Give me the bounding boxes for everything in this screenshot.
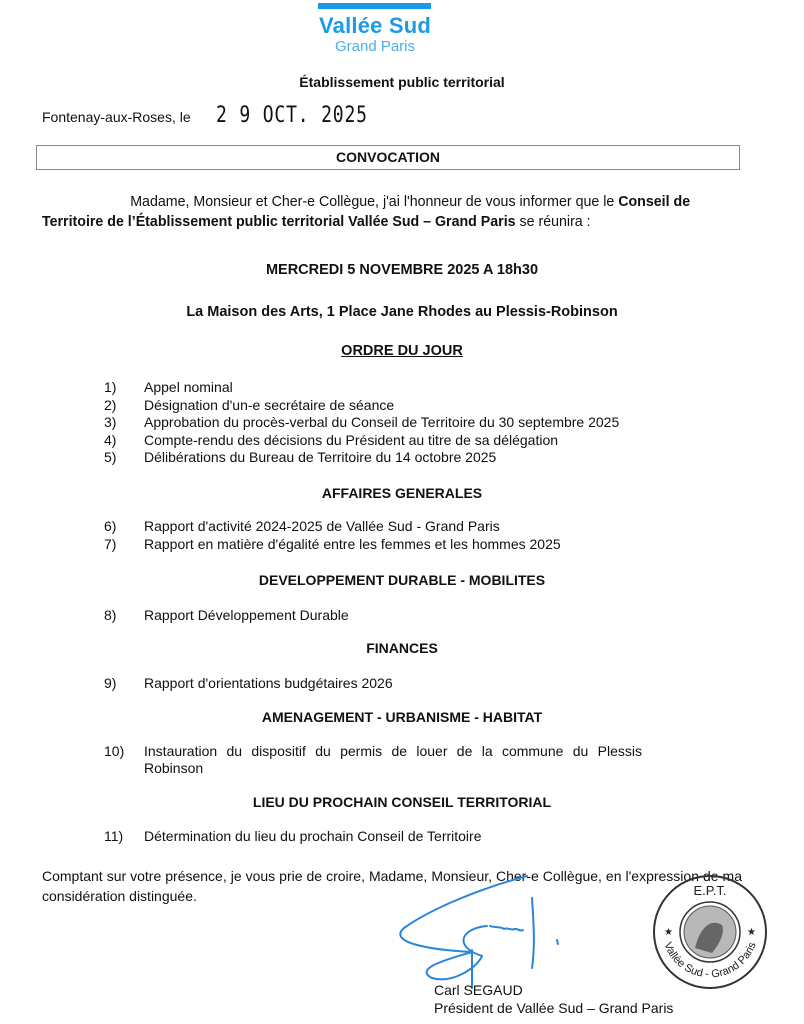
agenda-item-text: Rapport d'orientations budgétaires 2026 (144, 675, 644, 692)
agenda-item-number: 10) (104, 743, 124, 760)
agenda-item-number: 3) (104, 414, 116, 431)
agenda-item-text: Appel nominal (144, 379, 644, 396)
stamped-date: 2 9 OCT. 2025 (216, 103, 368, 128)
agenda-item-number: 8) (104, 607, 116, 624)
logo-bar (318, 3, 431, 9)
agenda-item-text: Rapport Développement Durable (144, 607, 644, 624)
intro-paragraph: Madame, Monsieur et Cher-e Collègue, j'a… (42, 192, 728, 232)
agenda-item-text: Rapport d'activité 2024-2025 de Vallée S… (144, 518, 644, 535)
agenda-item-number: 6) (104, 518, 116, 535)
agenda-title: ORDRE DU JOUR (0, 343, 804, 359)
agenda-item-number: 7) (104, 536, 116, 553)
svg-text:★: ★ (747, 927, 756, 938)
agenda-section-title: AMENAGEMENT - URBANISME - HABITAT (0, 709, 804, 725)
signature-icon (392, 868, 572, 993)
agenda-item-text: Délibérations du Bureau de Territoire du… (144, 449, 644, 466)
agenda-section-title: FINANCES (0, 640, 804, 656)
agenda-item-text: Approbation du procès-verbal du Conseil … (144, 414, 642, 431)
svg-text:E.P.T.: E.P.T. (693, 883, 726, 898)
agenda-item-number: 2) (104, 397, 116, 414)
dateline-place: Fontenay-aux-Roses, le (42, 109, 191, 125)
meeting-location: La Maison des Arts, 1 Place Jane Rhodes … (0, 304, 804, 320)
meeting-datetime: MERCREDI 5 NOVEMBRE 2025 A 18h30 (0, 262, 804, 278)
logo-title: Vallée Sud (300, 13, 450, 39)
agenda-item-number: 1) (104, 379, 116, 396)
logo-subtitle: Grand Paris (300, 38, 450, 55)
organisation-type: Établissement public territorial (0, 74, 804, 90)
agenda-item-number: 5) (104, 449, 116, 466)
agenda-item-text: Compte-rendu des décisions du Président … (144, 432, 644, 449)
agenda-item-number: 11) (104, 828, 123, 845)
agenda-item-text: Instauration du dispositif du permis de … (144, 743, 642, 777)
agenda-item-text: Désignation d'un-e secrétaire de séance (144, 397, 644, 414)
intro-line1: Madame, Monsieur et Cher-e Collègue, j'a… (130, 194, 614, 210)
agenda-item-number: 4) (104, 432, 116, 449)
signatory-name: Carl SEGAUD (434, 982, 523, 998)
agenda-item-text: Rapport en matière d'égalité entre les f… (144, 536, 644, 553)
agenda-section-title: DEVELOPPEMENT DURABLE - MOBILITES (0, 572, 804, 588)
svg-text:★: ★ (664, 927, 673, 938)
agenda-section-title: AFFAIRES GENERALES (0, 485, 804, 501)
agenda-section-title: LIEU DU PROCHAIN CONSEIL TERRITORIAL (0, 794, 804, 810)
official-seal-icon: E.P.T. ★ ★ Vallée Sud - Grand Paris (650, 873, 770, 991)
document-title: CONVOCATION (36, 149, 740, 165)
agenda-item-text: Détermination du lieu du prochain Consei… (144, 828, 644, 845)
agenda-item-number: 9) (104, 675, 116, 692)
intro-after: se réunira : (516, 214, 591, 230)
signatory-role: Président de Vallée Sud – Grand Paris (434, 1000, 673, 1016)
